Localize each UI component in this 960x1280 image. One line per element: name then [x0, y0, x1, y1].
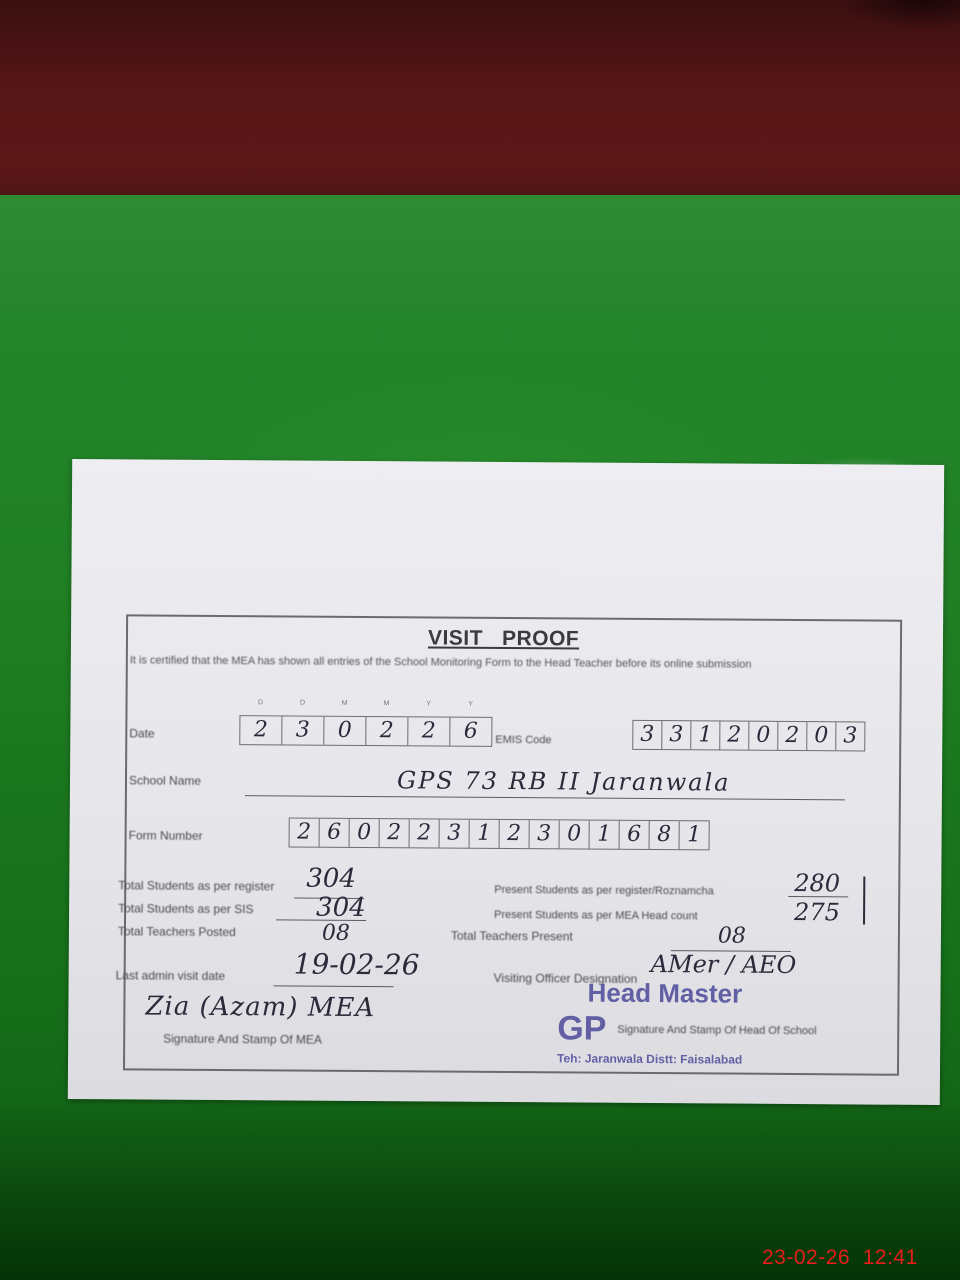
- emis-label: EMIS Code: [495, 734, 551, 746]
- visit-proof-card: VISIT PROOF It is certified that the MEA…: [68, 459, 944, 1105]
- emis-digit: 3: [662, 721, 691, 749]
- date-digit: 0: [324, 717, 366, 745]
- form-number-digit: 2: [410, 819, 440, 847]
- form-number-digit: 6: [320, 819, 350, 847]
- date-header: Y: [408, 700, 450, 707]
- form-number-digit: 2: [500, 820, 530, 848]
- form-number-digit: 0: [350, 819, 380, 847]
- total-teachers-present-value: 08: [718, 923, 746, 948]
- form-number-label: Form Number: [129, 828, 203, 843]
- form-number-digit: 2: [380, 819, 410, 847]
- emis-digit: 0: [749, 722, 778, 750]
- date-digit: 6: [450, 718, 491, 746]
- date-digit: 2: [408, 717, 450, 745]
- head-signature-caption: Signature And Stamp Of Head Of School: [617, 1024, 816, 1037]
- date-header: D: [240, 699, 282, 706]
- total-students-register-label: Total Students as per register: [118, 878, 274, 893]
- handwritten-mark: [863, 876, 865, 924]
- date-digit: 2: [366, 717, 408, 745]
- form-number-digit: 6: [620, 821, 650, 849]
- photo-timestamp: 23-02-26 12:41: [762, 1246, 918, 1270]
- certification-text: It is certified that the MEA has shown a…: [130, 652, 890, 674]
- form-title: VISIT PROOF: [428, 626, 579, 651]
- background-red-surface: [0, 0, 960, 205]
- tehsil-stamp: Teh: Jaranwala Distt: Faisalabad: [557, 1051, 742, 1066]
- date-header: M: [324, 700, 366, 707]
- emis-digit: 2: [720, 721, 749, 749]
- mea-signature-caption: Signature And Stamp Of MEA: [163, 1032, 322, 1047]
- school-name-label: School Name: [129, 773, 201, 788]
- date-digit: 3: [282, 716, 324, 744]
- gp-stamp: GP: [557, 1009, 606, 1048]
- mea-signature: Zia (Azam) MEA: [145, 991, 375, 1023]
- date-label: Date: [129, 726, 154, 740]
- date-header: D: [282, 699, 324, 706]
- form-number-digit: 1: [680, 821, 709, 849]
- date-header: Y: [450, 701, 492, 708]
- school-name-value: GPS 73 RB II Jaranwala: [397, 766, 731, 796]
- form-number-boxes: 2 6 0 2 2 3 1 2 3 0 1 6 8 1: [289, 817, 710, 850]
- form-number-digit: 3: [440, 820, 470, 848]
- visiting-officer-value: AMer / AEO: [651, 950, 797, 979]
- form-number-digit: 8: [650, 821, 680, 849]
- emis-digit: 0: [807, 722, 836, 750]
- total-students-sis-label: Total Students as per SIS: [118, 901, 254, 916]
- form-number-digit: 3: [530, 820, 560, 848]
- emis-digit: 3: [836, 722, 864, 750]
- school-name-underline: [245, 795, 845, 800]
- form-number-digit: 2: [290, 818, 320, 846]
- emis-digit: 2: [778, 722, 807, 750]
- form-number-digit: 0: [560, 820, 590, 848]
- last-admin-visit-label: Last admin visit date: [116, 968, 225, 983]
- total-teachers-present-label: Total Teachers Present: [451, 929, 573, 944]
- date-digit: 2: [240, 716, 282, 744]
- total-teachers-posted-label: Total Teachers Posted: [118, 924, 236, 939]
- total-teachers-posted-value: 08: [322, 921, 350, 946]
- emis-digit: 1: [691, 721, 720, 749]
- visit-proof-form: VISIT PROOF It is certified that the MEA…: [123, 614, 902, 1075]
- present-students-register-value: 280: [794, 869, 840, 897]
- total-students-register-value: 304: [306, 864, 356, 894]
- present-students-register-label: Present Students as per register/Roznamc…: [494, 884, 714, 898]
- head-master-stamp: Head Master: [587, 978, 742, 1010]
- underline: [274, 985, 394, 987]
- date-header: M: [366, 700, 408, 707]
- last-admin-visit-value: 19-02-26: [294, 948, 420, 982]
- present-students-headcount-label: Present Students as per MEA Head count: [494, 909, 698, 922]
- present-students-headcount-value: 275: [794, 898, 840, 926]
- emis-digit: 3: [633, 721, 662, 749]
- emis-boxes: 3 3 1 2 0 2 0 3: [632, 720, 865, 752]
- date-boxes: 2 3 0 2 2 6: [239, 715, 492, 747]
- total-students-sis-value: 304: [316, 893, 366, 923]
- form-number-digit: 1: [590, 821, 620, 849]
- date-digit-headers: D D M M Y Y: [240, 699, 492, 708]
- form-number-digit: 1: [470, 820, 500, 848]
